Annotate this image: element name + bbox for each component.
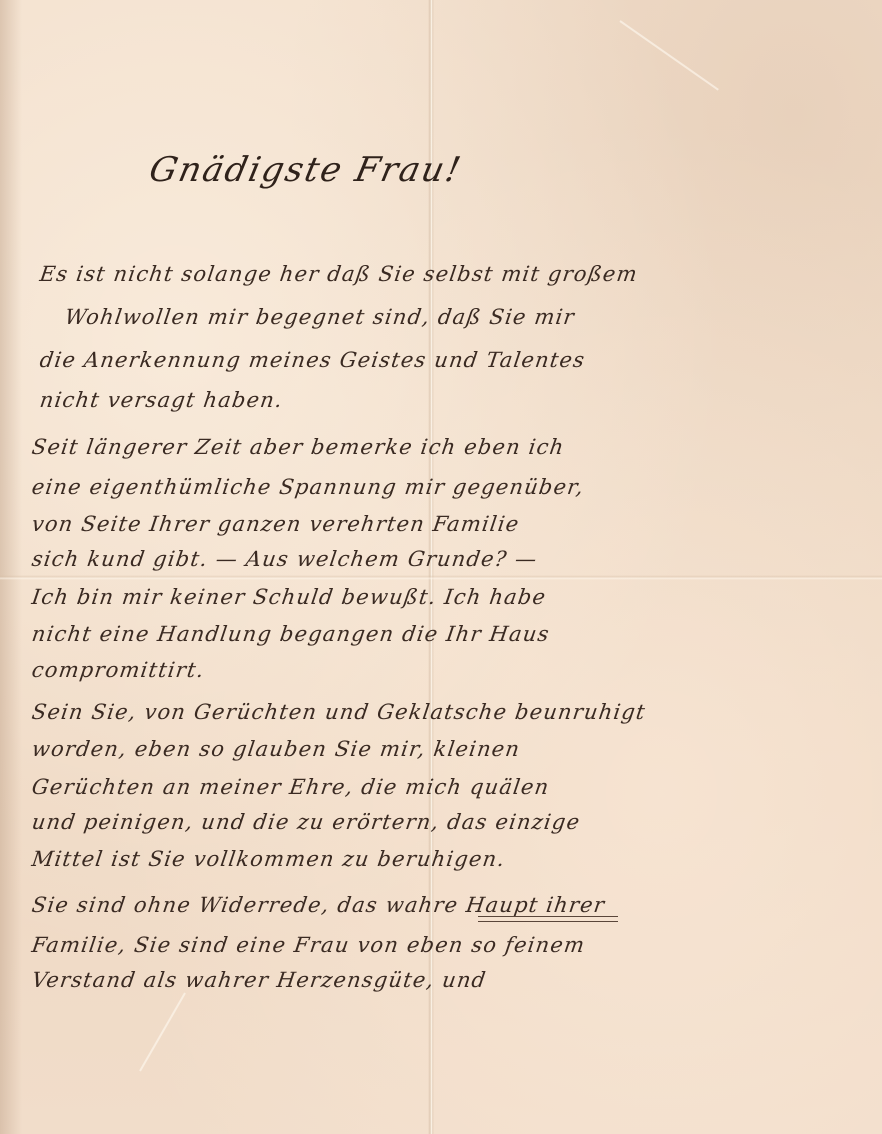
letter-line: worden, eben so glauben Sie mir, kleinen [30,737,522,761]
letter-line: Sie sind ohne Widerrede, das wahre Haupt… [30,893,606,917]
letter-line: Familie, Sie sind eine Frau von eben so … [30,933,587,957]
letter-salutation: Gnädigste Frau! [146,150,466,190]
letter-line: eine eigenthümliche Spannung mir gegenüb… [30,475,585,499]
underline-mark [478,916,618,922]
letter-line: Seit längerer Zeit aber bemerke ich eben… [30,435,566,459]
paper-crease [619,20,718,90]
letter-line: von Seite Ihrer ganzen verehrten Familie [30,512,521,536]
paper-edge-shadow [0,0,22,1134]
letter-line: Sein Sie, von Gerüchten und Geklatsche b… [30,700,647,724]
letter-line: Verstand als wahrer Herzensgüte, und [30,968,488,992]
letter-line: und peinigen, und die zu erörtern, das e… [30,810,582,834]
letter-line: compromittirt. [30,658,206,682]
letter-line: nicht eine Handlung begangen die Ihr Hau… [30,622,551,646]
letter-line: sich kund gibt. — Aus welchem Grunde? — [30,547,539,571]
letter-line: Ich bin mir keiner Schuld bewußt. Ich ha… [30,585,548,609]
paper-crease [139,993,186,1072]
letter-line: Mittel ist Sie vollkommen zu beruhigen. [30,847,507,871]
letter-line: nicht versagt haben. [38,388,284,412]
letter-page: Gnädigste Frau! Es ist nicht solange her… [0,0,882,1134]
letter-line: Wohlwollen mir begegnet sind, daß Sie mi… [63,305,576,329]
letter-line: Es ist nicht solange her daß Sie selbst … [38,262,639,286]
letter-line: Gerüchten an meiner Ehre, die mich quäle… [30,775,551,799]
horizontal-fold-line [0,575,882,580]
letter-line: die Anerkennung meines Geistes und Talen… [38,348,587,372]
